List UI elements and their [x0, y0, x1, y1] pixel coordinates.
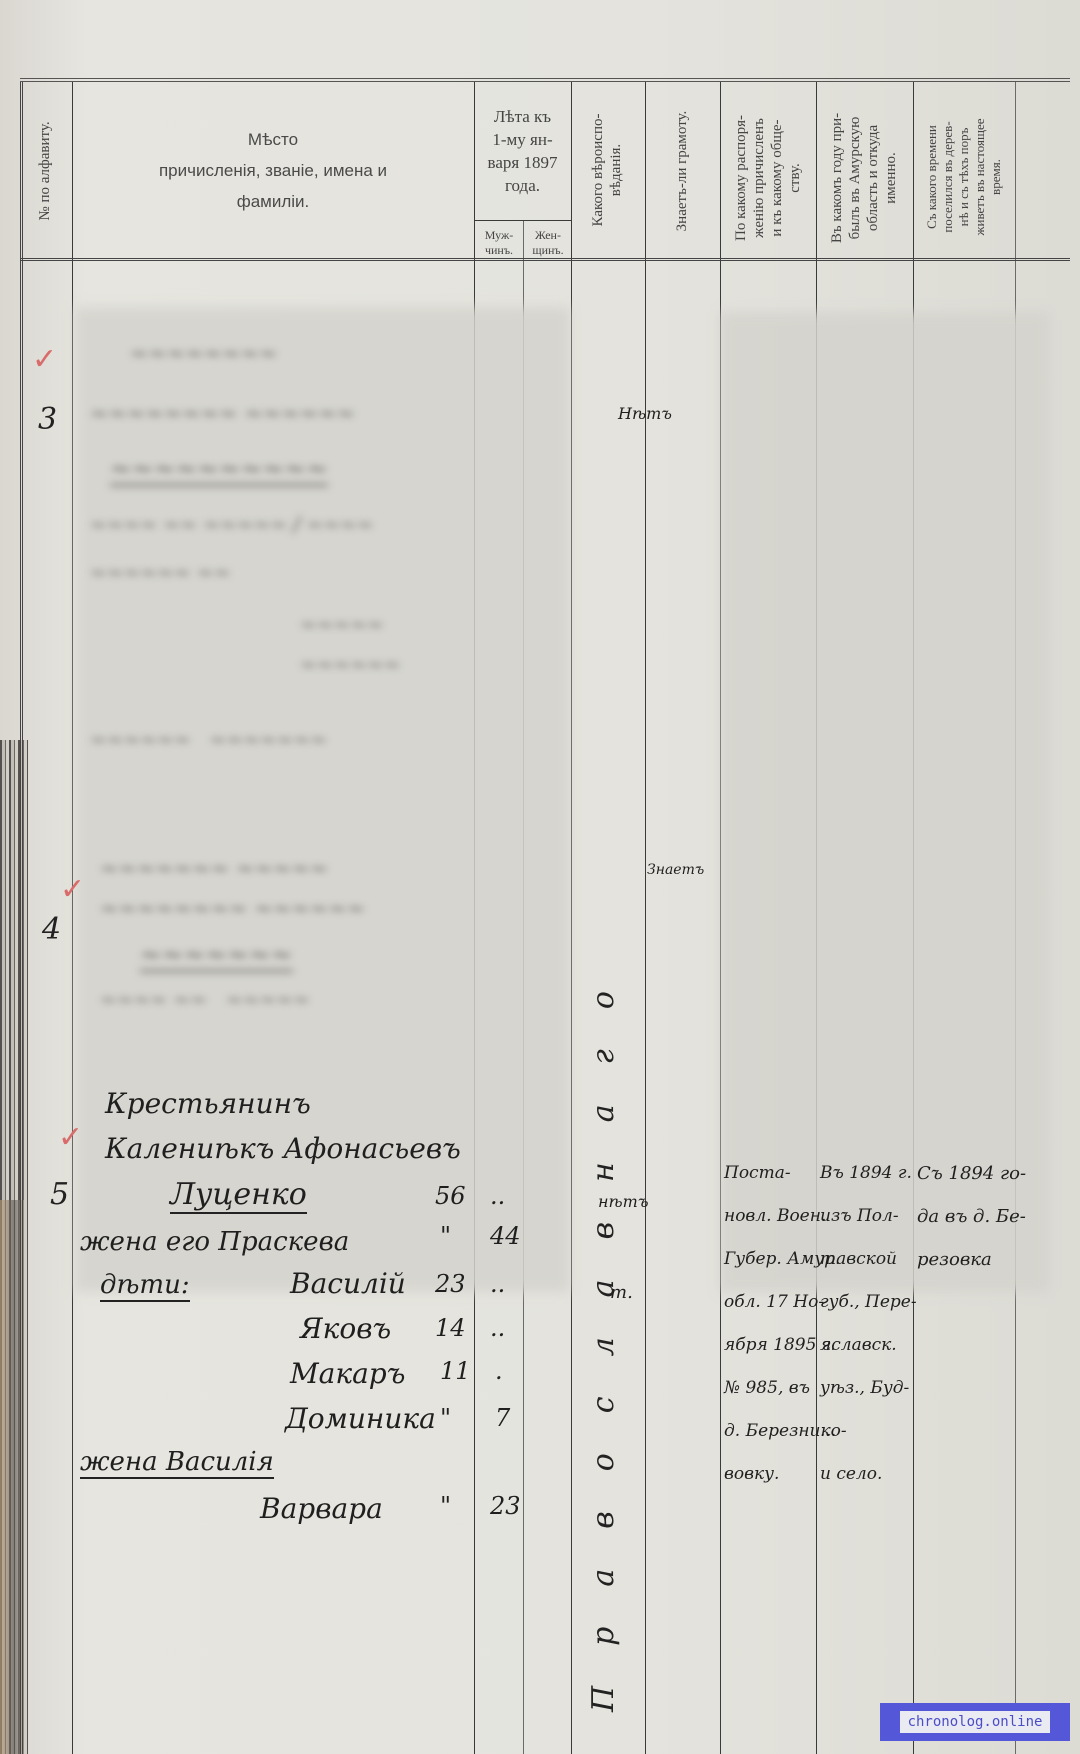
header-place-line: причисленія, званіе, имена и [159, 155, 387, 186]
red-check-mark: ✓ [60, 872, 85, 907]
redacted-text: ~~~~~~~~ ~~~~~~ [100, 897, 365, 922]
redacted-text: ~~~~~~~ ~~~~~ [100, 857, 328, 882]
since-line: Съ 1894 го- [917, 1152, 1067, 1195]
child-name: Макаръ [290, 1357, 405, 1390]
assignment-line: д. Березнико- [724, 1410, 816, 1453]
age-female: 7 [495, 1404, 510, 1432]
header-male-line: Муж- [476, 228, 522, 243]
entry-literacy-cont: т. [610, 1282, 633, 1303]
redacted-text: ~~~~~~ ~~ [90, 560, 230, 584]
header-assignment-line: женію причисленъ [750, 88, 768, 268]
header-male-line: чинъ. [476, 243, 522, 258]
age-male: 23 [435, 1270, 466, 1298]
arrival-line: яславск. [820, 1324, 912, 1367]
entry-literacy: Знаетъ [647, 862, 704, 878]
redacted-text: ~~~~~~ [300, 652, 401, 676]
child-name: Доминика [285, 1402, 436, 1435]
header-place: Мѣсто причисленія, званіе, имена и фамил… [72, 82, 474, 258]
arrival-line: ... [820, 1410, 912, 1453]
header-arrival-line: былъ въ Амурскую [846, 88, 864, 268]
wife-line: жена его Праскева [80, 1227, 349, 1257]
header-female-line: Жен- [525, 228, 571, 243]
redacted-text: ~~~~~ [300, 612, 384, 636]
header-arrival-line: именно. [882, 88, 900, 268]
header-assignment-line: По какому распоря- [732, 88, 750, 268]
header-age-line: года. [488, 174, 558, 197]
header-assignment: По какому распоря- женію причисленъ и къ… [732, 88, 804, 268]
header-female-line: щинъ. [525, 243, 571, 258]
age-male: " [440, 1492, 451, 1520]
person-surname: Луценко [170, 1177, 307, 1214]
since-line: да въ д. Бе- [917, 1195, 1067, 1238]
arrival-line: Въ 1894 г. [820, 1152, 912, 1195]
children-label: дѣти: [100, 1270, 190, 1302]
age-male: " [440, 1404, 451, 1432]
arrival-line: губ., Пере- [820, 1281, 912, 1324]
assignment-line: Губер. Амур. [724, 1238, 816, 1281]
redacted-text: ~~~~~~~~ ~~~~~~ [90, 402, 355, 427]
red-check-mark: ✓ [58, 1120, 83, 1155]
watermark-badge: chronolog.online [880, 1703, 1070, 1741]
redacted-text: ~~~~~~~~ [130, 342, 277, 367]
header-since-line: нѣ и съ тѣхъ поръ [956, 87, 972, 267]
daughter-in-law-label: жена Василія [80, 1447, 274, 1479]
entry-assignment: Поста- новл. Воен. Губер. Амур. обл. 17 … [724, 1152, 816, 1496]
age-female: 44 [490, 1222, 521, 1250]
header-since-line: Съ какого времени [924, 87, 940, 267]
header-age-line: 1-му ян- [488, 128, 558, 151]
col-divider [72, 82, 73, 1754]
age-female: 23 [490, 1492, 521, 1520]
header-since: Съ какого времени поселился въ дерев- нѣ… [924, 87, 1004, 267]
age-subheader-line [474, 220, 571, 221]
assignment-line: вовку. [724, 1453, 816, 1496]
header-assignment-line: ству. [786, 88, 804, 268]
header-age-line: варя 1897 [488, 151, 558, 174]
header-arrival-line: область и откуда [864, 88, 882, 268]
person-status: Крестьянинъ [105, 1087, 311, 1120]
col-divider [571, 82, 572, 1754]
entry-number: 3 [38, 402, 57, 437]
arrival-line: изъ Пол- [820, 1195, 912, 1238]
document-page: № по алфавиту. Мѣсто причисленія, званіе… [0, 0, 1080, 1754]
header-since-line: живетъ въ настоящее [972, 87, 988, 267]
age-male: 11 [440, 1357, 471, 1385]
arrival-line: уѣз., Буд- [820, 1367, 912, 1410]
assignment-line: № 985, въ [724, 1367, 816, 1410]
age-female: .. [490, 1314, 505, 1342]
header-number: № по алфавиту. [36, 76, 54, 266]
daughter-in-law-name: Варвара [260, 1492, 383, 1525]
redacted-text: ~~~~~~ ~~~~~~~ [90, 727, 327, 751]
header-place-line: Мѣсто [159, 124, 387, 155]
header-religion-line: Какого вѣроиспо- [589, 80, 607, 260]
col-divider [645, 82, 646, 1754]
arrival-line: тавской [820, 1238, 912, 1281]
header-arrival-line: Въ какомъ году при- [828, 88, 846, 268]
entry-since: Съ 1894 го- да въ д. Бе- резовка [917, 1152, 1067, 1281]
header-religion-line: вѣданія. [607, 80, 625, 260]
entry-number: 4 [42, 912, 61, 947]
header-religion: Какого вѣроиспо- вѣданія. [589, 80, 625, 260]
age-male: 14 [435, 1314, 466, 1342]
child-name: Яковъ [300, 1312, 391, 1345]
header-since-line: время. [988, 87, 1004, 267]
person-name: Калениѣкъ Афонасьевъ [105, 1132, 461, 1165]
watermark-text: chronolog.online [900, 1711, 1051, 1733]
redacted-text: ~~~~ ~~ ~~~~~ / ~~~~ [90, 512, 374, 536]
assignment-line: новл. Воен. [724, 1195, 816, 1238]
header-literacy: Знаетъ-ли грамоту. [673, 81, 691, 261]
header-age: Лѣта къ 1-му ян- варя 1897 года. [474, 82, 571, 220]
assignment-line: обл. 17 Но- [724, 1281, 816, 1324]
entry-arrival: Въ 1894 г. изъ Пол- тавской губ., Пере- … [820, 1152, 912, 1496]
header-age-line: Лѣта къ [488, 105, 558, 128]
age-female: .. [490, 1182, 505, 1210]
age-female: .. [490, 1270, 505, 1298]
red-check-mark: ✓ [32, 342, 57, 377]
census-table: № по алфавиту. Мѣсто причисленія, званіе… [20, 78, 1070, 1754]
assignment-line: ября 1895 г. [724, 1324, 816, 1367]
entry-literacy: Нѣтъ [618, 404, 672, 423]
redacted-text: ~~~~ ~~ ~~~~~ [100, 987, 310, 1011]
redacted-text: ~~~~~~~ [140, 940, 293, 972]
redacted-text: ~~~~~~~~~~ [110, 454, 328, 486]
header-since-line: поселился въ дерев- [940, 87, 956, 267]
entry-number: 5 [50, 1177, 69, 1212]
age-male: " [440, 1222, 451, 1250]
assignment-line: Поста- [724, 1152, 816, 1195]
table-border-left [20, 82, 23, 1754]
header-age-female: Жен- щинъ. [525, 228, 571, 258]
header-age-male: Муж- чинъ. [476, 228, 522, 258]
religion-orthodox-vertical: Православнаго [586, 412, 621, 1712]
child-name: Василій [290, 1267, 406, 1300]
age-female: . [495, 1357, 503, 1385]
header-arrival: Въ какомъ году при- былъ въ Амурскую обл… [828, 88, 900, 268]
age-male: 56 [435, 1182, 466, 1210]
entry-literacy: нѣтъ [598, 1192, 649, 1211]
header-bottom-line [20, 258, 1070, 261]
redacted-area-details [720, 312, 1050, 1292]
arrival-line: и село. [820, 1453, 912, 1496]
header-assignment-line: и къ какому обще- [768, 88, 786, 268]
since-line: резовка [917, 1238, 1067, 1281]
header-place-line: фамиліи. [159, 186, 387, 217]
